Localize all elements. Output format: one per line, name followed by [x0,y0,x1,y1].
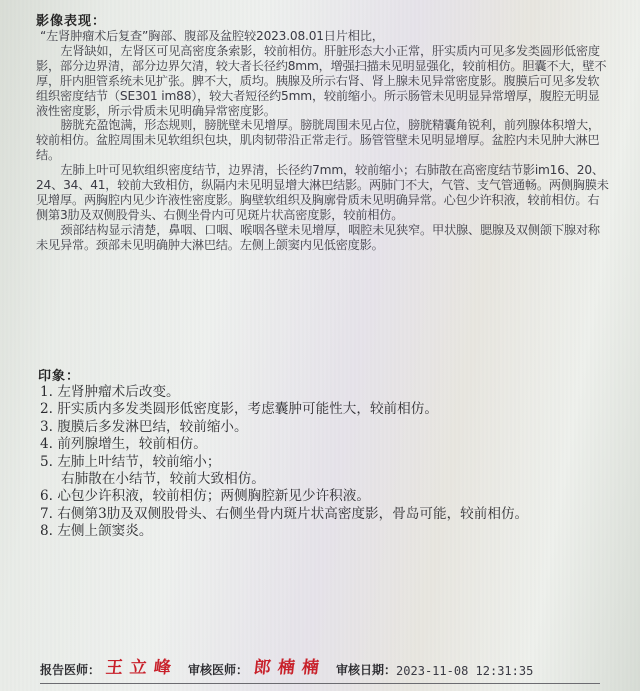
impression-item-number: 8. [40,523,53,539]
impression-item: 2. 肝实质内多发类圆形低密度影，考虑囊肿可能性大，较前相仿。 [40,401,620,418]
impression-item-text: 右侧第3肋及双侧股骨头、右侧坐骨内斑片状高密度影，骨岛可能，较前相仿。 [57,506,528,522]
impression-item: 4. 前列腺增生，较前相仿。 [40,436,620,453]
impression-item-text: 左侧上颌窦炎。 [57,523,152,539]
findings-paragraph-pelvis: 膀胱充盈饱满，形态规则，膀胱壁未见增厚。膀胱周围未见占位，膀胱精囊角锐利，前列腺… [36,118,611,163]
impression-item: 1. 左肾肿瘤术后改变。 [40,384,620,401]
radiology-report: 影像表现： “左肾肿瘤术后复查”胸部、腹部及盆腔较2023.08.01日片相比，… [0,0,640,691]
impression-item-number: 7. [40,506,53,522]
findings-paragraph-comparison: “左肾肿瘤术后复查”胸部、腹部及盆腔较2023.08.01日片相比， [36,29,611,44]
findings-body: “左肾肿瘤术后复查”胸部、腹部及盆腔较2023.08.01日片相比， 左肾缺如，… [36,29,611,253]
findings-paragraph-neck: 颈部结构显示清楚，鼻咽、口咽、喉咽各壁未见增厚，咽腔未见狭窄。甲状腺、腮腺及双侧… [36,223,611,253]
impression-item: 8. 左侧上颌窦炎。 [40,523,620,540]
review-doctor-label: 审核医师： [188,661,248,678]
report-footer: 报告医师： 王立峰 审核医师： 郎楠楠 审核日期： 2023-11-08 12:… [40,656,610,678]
impression-item: 3. 腹膜后多发淋巴结，较前缩小。 [40,419,620,436]
review-doctor-signature: 郎楠楠 [253,653,328,678]
impression-list: 1. 左肾肿瘤术后改变。 2. 肝实质内多发类圆形低密度影，考虑囊肿可能性大，较… [40,384,620,541]
impression-item: 7. 右侧第3肋及双侧股骨头、右侧坐骨内斑片状高密度影，骨岛可能，较前相仿。 [40,506,620,523]
impression-item-number: 3. [40,419,53,435]
impression-item-text: 心包少许积液，较前相仿；两侧胸腔新见少许积液。 [57,488,370,504]
impression-item-number: 5. [40,454,53,470]
impression-item-text: 左肺上叶结节，较前缩小； [57,454,220,470]
impression-title: 印象： [38,365,80,384]
findings-paragraph-chest: 左肺上叶可见软组织密度结节，边界清，长径约7mm，较前缩小；右肺散在高密度结节影… [36,163,611,223]
findings-paragraph-abdomen: 左肾缺如，左肾区可见高密度条索影，较前相仿。肝脏形态大小正常，肝实质内可见多发类… [36,44,611,119]
review-date-label: 审核日期： [336,661,396,678]
footer-divider [40,683,600,684]
review-date-value: 2023-11-08 12:31:35 [396,664,533,678]
impression-item: 5. 左肺上叶结节，较前缩小； [40,454,620,471]
impression-item-text: 肝实质内多发类圆形低密度影，考虑囊肿可能性大，较前相仿。 [57,401,438,417]
report-doctor-label: 报告医师： [40,661,100,678]
impression-item-number: 2. [40,401,53,417]
impression-item-text: 前列腺增生，较前相仿。 [57,436,207,452]
impression-item-subline: 右肺散在小结节，较前大致相仿。 [40,471,620,488]
report-doctor-signature: 王立峰 [105,653,180,678]
impression-item-number: 4. [40,436,53,452]
findings-title: 影像表现： [36,10,106,29]
impression-item-text: 左肾肿瘤术后改变。 [57,384,179,400]
impression-item-number: 6. [40,488,53,504]
impression-item-number: 1. [40,384,53,400]
impression-item-text: 腹膜后多发淋巴结，较前缩小。 [57,419,247,435]
impression-item: 6. 心包少许积液，较前相仿；两侧胸腔新见少许积液。 [40,488,620,505]
